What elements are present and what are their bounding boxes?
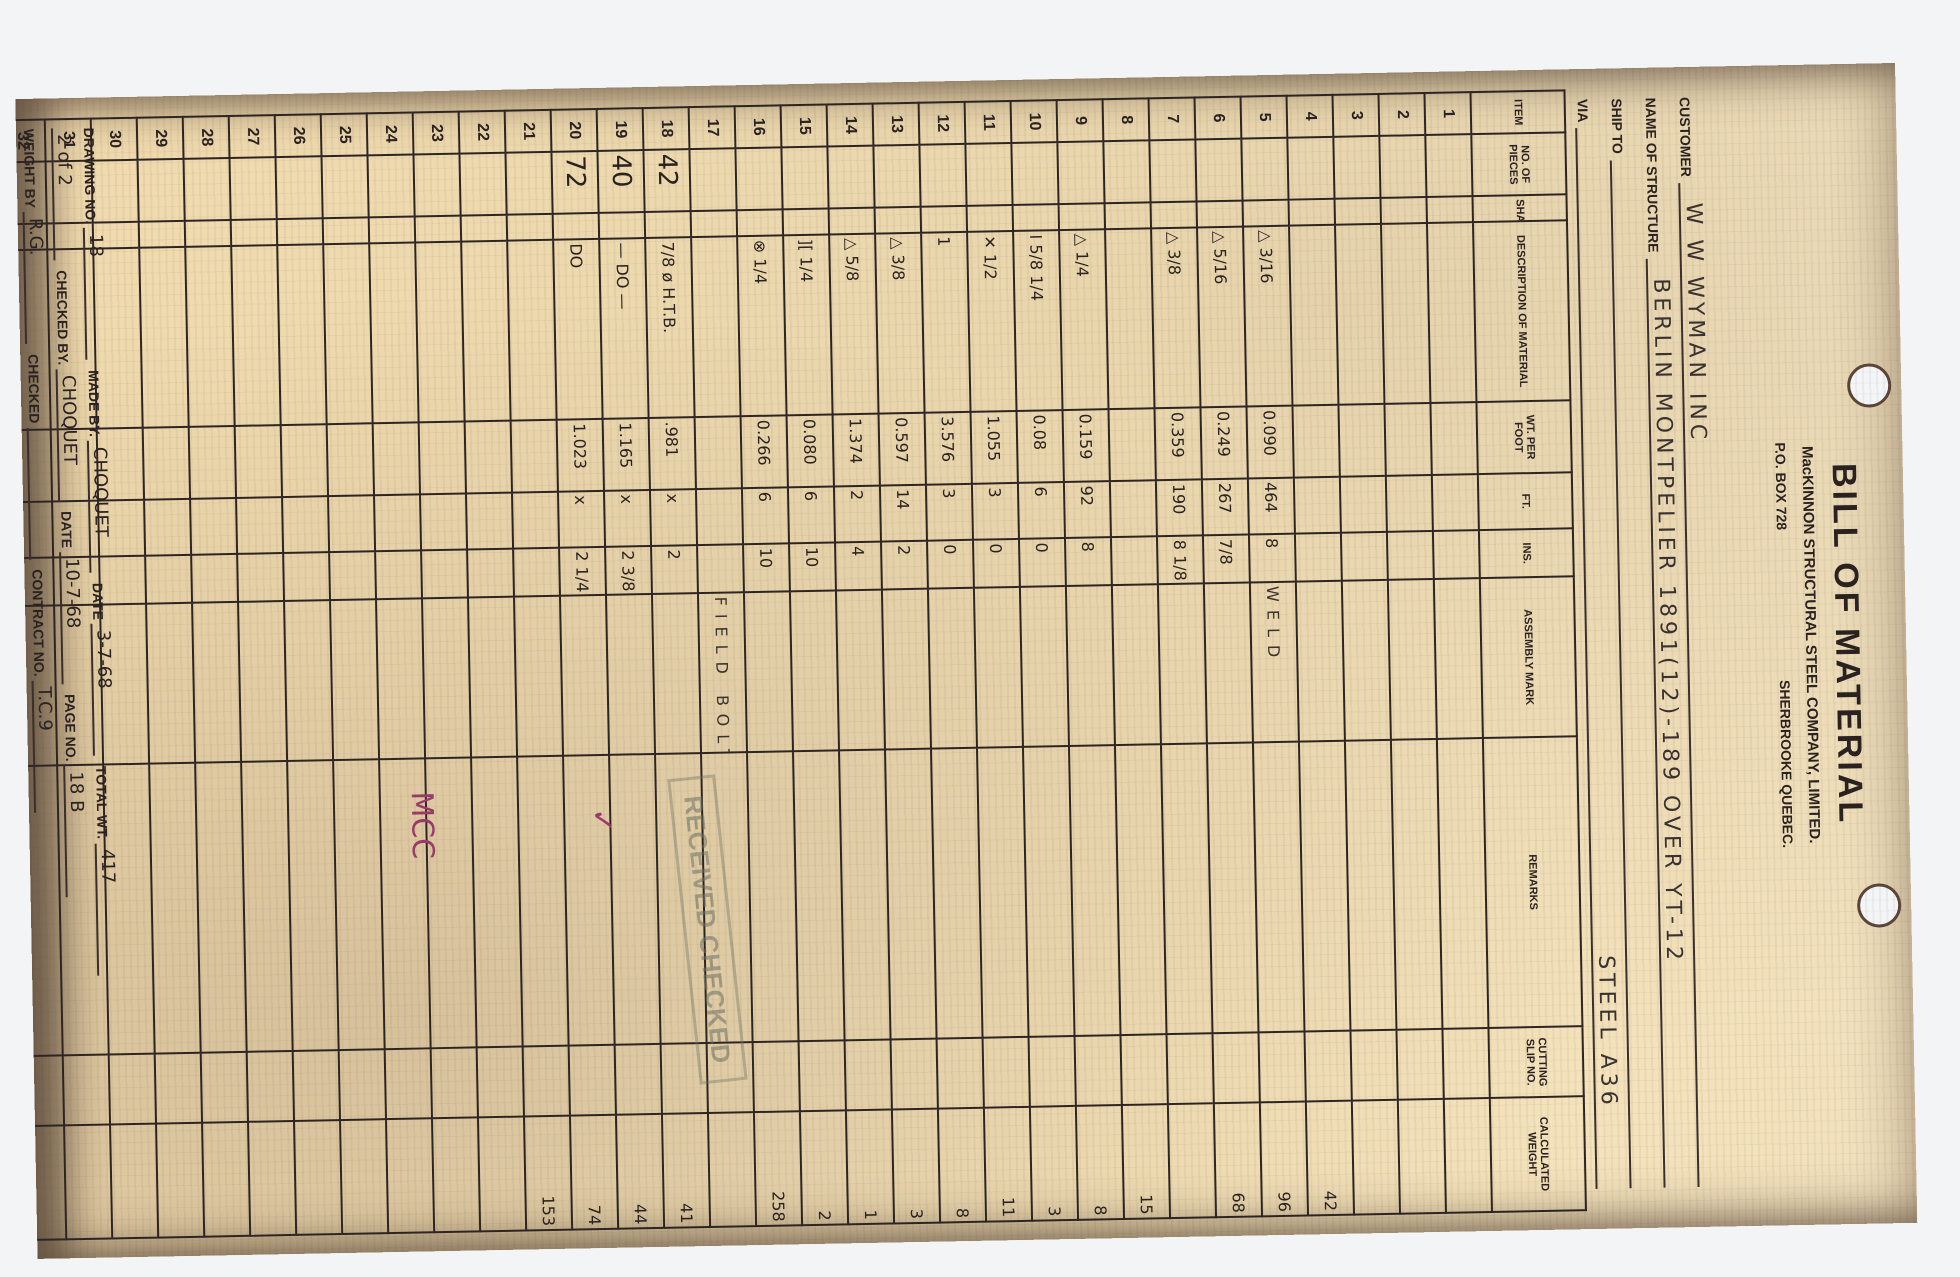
row-assembly-mark xyxy=(606,594,655,755)
row-calculated-weight xyxy=(708,1112,756,1227)
page-no-label: PAGE NO. xyxy=(62,694,79,762)
row-remarks xyxy=(1345,740,1397,1031)
row-item-number: 7 xyxy=(1149,97,1196,140)
row-remarks xyxy=(977,747,1029,1038)
row-length-ins: 0 xyxy=(973,539,1020,588)
row-length-ft: 267 xyxy=(1202,479,1249,536)
row-remarks xyxy=(609,754,661,1045)
row-description xyxy=(691,236,740,417)
row-length-ins: 4 xyxy=(835,542,882,591)
row-wt-per-foot: 3.576 xyxy=(925,412,972,485)
row-item-number: 16 xyxy=(735,105,782,148)
row-item-number: 9 xyxy=(1057,99,1104,142)
row-cutting-slip xyxy=(1442,1028,1489,1099)
row-item-number: 11 xyxy=(965,101,1012,144)
row-calculated-weight: 44 xyxy=(616,1114,664,1229)
row-shape xyxy=(1105,202,1151,229)
row-remarks xyxy=(1253,742,1305,1033)
scanned-page: BILL OF MATERIAL MacKINNON STRUCTURAL ST… xyxy=(10,55,1910,1255)
row-assembly-mark xyxy=(836,590,885,751)
row-calculated-weight xyxy=(202,1122,250,1237)
row-shape xyxy=(1426,196,1472,223)
row-shape xyxy=(231,219,277,246)
row-wt-per-foot xyxy=(143,427,190,500)
col-wt-per-foot: WT. PER FOOT xyxy=(1476,400,1571,474)
row-pieces xyxy=(1103,140,1150,203)
row-assembly-mark xyxy=(1158,583,1207,744)
row-pieces xyxy=(781,147,828,210)
row-wt-per-foot: 1.055 xyxy=(971,411,1018,484)
row-shape xyxy=(967,205,1013,232)
row-item-number: 23 xyxy=(413,112,460,155)
row-description: 1 xyxy=(921,232,970,413)
row-length-ft xyxy=(466,493,513,550)
row-pieces xyxy=(505,152,552,215)
row-wt-per-foot xyxy=(465,421,512,494)
page-no-value: 18 B xyxy=(63,765,89,897)
row-description xyxy=(185,246,234,427)
row-shape xyxy=(185,220,231,247)
row-item-number: 17 xyxy=(689,106,736,149)
row-calculated-weight: 2 xyxy=(800,1110,848,1225)
row-item-number: 27 xyxy=(229,115,276,158)
col-cutting-slip: CUTTING SLIP NO. xyxy=(1488,1026,1583,1098)
row-length-ins xyxy=(1295,533,1342,582)
row-length-ft xyxy=(1386,475,1433,532)
row-description xyxy=(1289,225,1338,406)
row-pieces: 40 xyxy=(597,150,644,213)
row-description xyxy=(231,245,280,426)
row-remarks xyxy=(793,750,845,1041)
row-length-ins: 2 xyxy=(651,545,698,594)
row-item-number: 21 xyxy=(505,110,552,153)
row-remarks xyxy=(333,759,385,1050)
row-length-ft xyxy=(374,494,421,551)
row-length-ins: 8 xyxy=(1249,534,1296,583)
row-pieces xyxy=(230,157,277,220)
row-remarks xyxy=(747,751,799,1042)
row-pieces xyxy=(1149,139,1196,202)
row-remarks xyxy=(1391,739,1443,1030)
row-length-ft xyxy=(420,494,467,551)
row-description: ⊗ 1/4 xyxy=(737,235,786,416)
row-length-ins xyxy=(1433,530,1480,579)
row-cutting-slip xyxy=(155,1053,202,1124)
row-remarks xyxy=(1161,743,1213,1034)
row-item-number: 19 xyxy=(597,108,644,151)
checked-date-label: DATE xyxy=(58,511,75,548)
row-assembly-mark xyxy=(330,599,379,760)
row-length-ins xyxy=(329,551,376,600)
row-cutting-slip xyxy=(983,1037,1030,1108)
checked-by-value: CHOQUET xyxy=(56,369,82,501)
row-pieces xyxy=(459,153,506,216)
row-length-ins: 0 xyxy=(927,540,974,589)
row-length-ins: 10 xyxy=(789,542,836,591)
row-calculated-weight: 42 xyxy=(1306,1101,1354,1216)
row-cutting-slip xyxy=(799,1040,846,1111)
row-cutting-slip xyxy=(891,1039,938,1110)
row-item-number: 26 xyxy=(275,114,322,157)
row-description: △ 3/16 xyxy=(1243,226,1292,407)
row-length-ft xyxy=(1432,474,1479,531)
row-pieces xyxy=(367,154,414,217)
row-description: — DO — xyxy=(599,238,648,419)
row-wt-per-foot xyxy=(189,426,236,499)
row-cutting-slip xyxy=(1396,1029,1443,1100)
row-cutting-slip xyxy=(523,1046,570,1117)
row-pieces xyxy=(321,155,368,218)
row-shape xyxy=(1151,201,1197,228)
row-assembly-mark xyxy=(1342,580,1391,741)
ship-to-label: SHIP TO xyxy=(1609,98,1626,154)
made-date-value: 3-7-68 xyxy=(90,624,116,756)
row-length-ft xyxy=(1294,477,1341,534)
row-length-ft: 6 xyxy=(742,487,789,544)
row-assembly-mark xyxy=(790,590,839,751)
row-description: △ 5/16 xyxy=(1197,227,1246,408)
weight-by-value: R.G. xyxy=(23,212,49,344)
row-cutting-slip xyxy=(1258,1032,1305,1103)
drawing-no-value: 18 xyxy=(83,228,109,360)
row-pieces: 42 xyxy=(643,149,690,212)
row-assembly-mark xyxy=(1204,582,1253,743)
row-item-number: 28 xyxy=(183,116,230,159)
row-calculated-weight xyxy=(340,1119,388,1234)
row-length-ins xyxy=(191,554,238,603)
row-wt-per-foot: 0.08 xyxy=(1017,410,1064,483)
row-assembly-mark xyxy=(376,598,425,759)
row-assembly-mark xyxy=(1020,586,1069,747)
row-description xyxy=(461,241,510,422)
row-shape xyxy=(921,206,967,233)
row-calculated-weight: 153 xyxy=(524,1116,572,1231)
row-pieces xyxy=(1195,139,1242,202)
row-description: △ 5/8 xyxy=(829,234,878,415)
row-cutting-slip xyxy=(1029,1036,1076,1107)
row-pieces xyxy=(735,147,782,210)
row-cutting-slip xyxy=(385,1048,432,1119)
col-shape: SHAPE xyxy=(1472,194,1566,222)
contract-no-label: CONTRACT NO. xyxy=(29,569,47,677)
row-length-ins xyxy=(145,555,192,604)
row-assembly-mark xyxy=(284,600,333,761)
row-item-number: 3 xyxy=(1333,94,1380,137)
row-description xyxy=(323,243,372,424)
col-remarks: REMARKS xyxy=(1483,736,1583,1028)
row-shape xyxy=(1380,197,1426,224)
row-pieces xyxy=(184,158,231,221)
row-length-ins xyxy=(1341,532,1388,581)
row-assembly-mark: WELD xyxy=(1250,582,1299,743)
row-length-ins: 2 1/4 xyxy=(559,547,606,596)
row-pieces xyxy=(1241,138,1288,201)
row-shape xyxy=(1059,203,1105,230)
row-description: △ 3/8 xyxy=(1151,227,1200,408)
row-shape xyxy=(1013,204,1059,231)
row-length-ft: 3 xyxy=(972,483,1019,540)
row-description: △ 1/4 xyxy=(1059,229,1108,410)
row-length-ft xyxy=(236,497,283,554)
row-pieces xyxy=(1057,141,1104,204)
row-cutting-slip xyxy=(569,1045,616,1116)
row-shape xyxy=(875,207,921,234)
table-body: 1234425△ 3/160.0904648WELD966△ 5/160.249… xyxy=(15,92,1492,1240)
row-shape xyxy=(415,216,461,243)
row-calculated-weight xyxy=(1168,1103,1216,1218)
row-item-number: 12 xyxy=(919,102,966,145)
row-description xyxy=(369,242,418,423)
row-length-ins xyxy=(421,550,468,599)
row-length-ins xyxy=(1111,536,1158,585)
row-remarks xyxy=(195,762,247,1053)
col-description: DESCRIPTION OF MATERIAL xyxy=(1473,220,1570,402)
row-calculated-weight: 3 xyxy=(892,1109,940,1224)
col-length-ins: INS. xyxy=(1479,528,1574,578)
row-wt-per-foot: 0.080 xyxy=(787,414,834,487)
row-item-number: 29 xyxy=(137,117,184,160)
row-assembly-mark xyxy=(974,587,1023,748)
row-length-ins xyxy=(1387,531,1434,580)
row-assembly-mark xyxy=(1296,581,1345,742)
row-description xyxy=(507,240,556,421)
row-wt-per-foot: 1.165 xyxy=(603,418,650,491)
row-description: ][ 1/4 xyxy=(783,234,832,415)
row-pieces xyxy=(1379,135,1426,198)
row-wt-per-foot xyxy=(1430,402,1477,475)
row-calculated-weight: 74 xyxy=(570,1115,618,1230)
row-length-ins xyxy=(283,552,330,601)
row-remarks xyxy=(563,755,615,1046)
row-description: 7/8 ø H.T.B. xyxy=(645,237,694,418)
row-length-ft xyxy=(282,496,329,553)
row-shape xyxy=(1197,201,1243,228)
row-length-ins xyxy=(467,549,514,598)
row-assembly-mark xyxy=(422,597,471,758)
row-remarks xyxy=(1023,746,1075,1037)
row-length-ft: 464 xyxy=(1248,478,1295,535)
row-pieces xyxy=(1333,136,1380,199)
col-assembly-mark: ASSEMBLY MARK xyxy=(1480,576,1577,738)
row-wt-per-foot xyxy=(1384,403,1431,476)
row-cutting-slip xyxy=(201,1052,248,1123)
row-wt-per-foot xyxy=(511,420,558,493)
row-assembly-mark xyxy=(882,589,931,750)
row-calculated-weight: 15 xyxy=(1122,1104,1170,1219)
initials: MCC xyxy=(404,791,440,859)
row-wt-per-foot xyxy=(373,422,420,495)
row-length-ins: 7/8 xyxy=(1203,534,1250,583)
row-assembly-mark: FIELD BOLTS xyxy=(698,592,747,753)
row-remarks xyxy=(839,750,891,1041)
material-table: ITEM NO. OF PIECES SHAPE DESCRIPTION OF … xyxy=(15,89,1587,1241)
row-length-ft xyxy=(1340,476,1387,533)
row-wt-per-foot xyxy=(1338,404,1385,477)
row-item-number: 20 xyxy=(551,109,598,152)
row-calculated-weight xyxy=(432,1117,480,1232)
row-calculated-weight: 1 xyxy=(846,1109,894,1224)
row-wt-per-foot: .981 xyxy=(649,417,696,490)
row-assembly-mark xyxy=(560,595,609,756)
row-item-number: 22 xyxy=(459,111,506,154)
row-shape xyxy=(461,215,507,242)
row-description: I 5/8 1/4 xyxy=(1013,230,1062,411)
row-cutting-slip xyxy=(1350,1030,1397,1101)
row-assembly-mark xyxy=(1112,584,1161,745)
row-length-ins: 8 xyxy=(1065,537,1112,586)
col-item: ITEM xyxy=(1470,90,1565,134)
row-shape xyxy=(323,217,369,244)
row-pieces xyxy=(873,145,920,208)
row-length-ft: 6 xyxy=(1018,482,1065,539)
row-shape xyxy=(829,208,875,235)
row-wt-per-foot xyxy=(695,416,742,489)
row-length-ins xyxy=(513,548,560,597)
drawing-sheet: 2 of 2 xyxy=(51,128,77,260)
row-assembly-mark xyxy=(238,601,287,762)
row-shape xyxy=(599,212,645,239)
row-calculated-weight xyxy=(248,1121,296,1236)
row-wt-per-foot: 0.597 xyxy=(879,413,926,486)
row-item-number: 15 xyxy=(781,105,828,148)
row-shape xyxy=(783,208,829,235)
row-assembly-mark xyxy=(146,603,195,764)
row-assembly-mark xyxy=(1066,585,1115,746)
row-description xyxy=(139,247,188,428)
city: SHERBROOKE QUEBEC. xyxy=(1777,680,1796,848)
row-length-ins xyxy=(697,544,744,593)
row-calculated-weight xyxy=(478,1117,526,1232)
row-calculated-weight: 68 xyxy=(1214,1102,1262,1217)
row-calculated-weight xyxy=(386,1118,434,1233)
row-cutting-slip xyxy=(1213,1032,1260,1103)
row-calculated-weight: 96 xyxy=(1260,1102,1308,1217)
row-remarks xyxy=(1299,741,1351,1032)
row-item-number: 6 xyxy=(1195,97,1242,140)
row-cutting-slip xyxy=(845,1039,892,1110)
header-fields: CUSTOMER W W WYMAN INC NAME OF STRUCTURE… xyxy=(1575,97,1732,1189)
row-pieces xyxy=(138,159,185,222)
row-length-ft xyxy=(144,499,191,556)
row-assembly-mark xyxy=(514,596,563,757)
row-shape xyxy=(1243,200,1289,227)
row-length-ins: 0 xyxy=(1019,538,1066,587)
row-calculated-weight: 3 xyxy=(1030,1106,1078,1221)
row-pieces xyxy=(413,154,460,217)
checked-label: CHECKED xyxy=(25,354,42,424)
row-calculated-weight xyxy=(156,1123,204,1238)
row-pieces xyxy=(1425,134,1472,197)
row-pieces xyxy=(1287,137,1334,200)
row-remarks xyxy=(1069,745,1121,1036)
row-shape xyxy=(737,209,783,236)
row-assembly-mark xyxy=(192,602,241,763)
row-wt-per-foot xyxy=(1292,405,1339,478)
row-item-number: 13 xyxy=(873,103,920,146)
check-mark: ✓ xyxy=(584,808,619,834)
row-description xyxy=(1335,224,1384,405)
row-length-ft: 2 xyxy=(834,486,881,543)
row-wt-per-foot xyxy=(281,424,328,497)
row-wt-per-foot: 1.023 xyxy=(557,419,604,492)
row-calculated-weight: 8 xyxy=(938,1108,986,1223)
col-pieces: NO. OF PIECES xyxy=(1471,132,1566,196)
bill-of-material-form: BILL OF MATERIAL MacKINNON STRUCTURAL ST… xyxy=(15,63,1917,1259)
row-length-ft: 14 xyxy=(880,485,927,542)
row-length-ins: 2 xyxy=(881,541,928,590)
row-cutting-slip xyxy=(293,1050,340,1121)
row-calculated-weight: 41 xyxy=(662,1113,710,1228)
row-remarks xyxy=(287,760,339,1051)
checked-by-label: CHECKED BY. xyxy=(54,270,72,365)
row-remarks xyxy=(1437,738,1489,1029)
row-wt-per-foot xyxy=(235,425,282,498)
row-shape xyxy=(691,210,737,237)
row-item-number: 25 xyxy=(321,113,368,156)
row-assembly-mark xyxy=(468,597,517,758)
row-cutting-slip xyxy=(431,1047,478,1118)
po-box: P.O. BOX 728 xyxy=(1772,442,1790,530)
row-item-number: 4 xyxy=(1287,95,1334,138)
row-shape xyxy=(553,213,599,240)
row-length-ins: 8 1/8 xyxy=(1157,535,1204,584)
row-cutting-slip xyxy=(1121,1034,1168,1105)
row-description xyxy=(415,242,464,423)
checked-date-value: 10-7-68 xyxy=(59,552,85,684)
row-length-ins: 2 3/8 xyxy=(605,546,652,595)
row-length-ft xyxy=(1110,480,1157,537)
row-pieces: 72 xyxy=(551,151,598,214)
row-item-number: 8 xyxy=(1103,98,1150,141)
row-pieces xyxy=(276,156,323,219)
row-assembly-mark xyxy=(1388,579,1437,740)
made-date-label: DATE xyxy=(90,583,107,620)
row-cutting-slip xyxy=(339,1049,386,1120)
row-cutting-slip xyxy=(937,1038,984,1109)
row-calculated-weight xyxy=(1398,1099,1446,1214)
row-cutting-slip xyxy=(615,1044,662,1115)
drawing-no-label: DRAWING NO. xyxy=(81,128,99,225)
row-length-ft: 92 xyxy=(1064,481,1111,538)
row-pieces xyxy=(965,143,1012,206)
row-wt-per-foot xyxy=(327,423,374,496)
row-assembly-mark xyxy=(928,588,977,749)
row-length-ft xyxy=(512,492,559,549)
row-cutting-slip xyxy=(1304,1031,1351,1102)
made-by-value: CHOQUET xyxy=(87,441,113,573)
contract-no-value: T.C.9 xyxy=(32,680,58,812)
row-cutting-slip xyxy=(247,1051,294,1122)
row-item-number: 5 xyxy=(1241,96,1288,139)
row-length-ft: x xyxy=(558,491,605,548)
row-assembly-mark xyxy=(652,593,701,754)
total-wt-label: TOTAL WT. xyxy=(93,766,110,839)
row-shape xyxy=(369,216,415,243)
row-remarks xyxy=(471,757,523,1048)
row-pieces xyxy=(919,144,966,207)
row-length-ft: 190 xyxy=(1156,479,1203,536)
row-length-ft: x xyxy=(650,489,697,546)
row-shape xyxy=(1335,198,1381,225)
row-remarks xyxy=(517,756,569,1047)
row-pieces xyxy=(1011,142,1058,205)
row-item-number: 24 xyxy=(367,112,414,155)
row-remarks xyxy=(931,748,983,1039)
row-description xyxy=(1381,223,1430,404)
row-length-ins xyxy=(237,553,284,602)
weight-by-label: WEIGHT BY xyxy=(21,129,39,209)
form-header: BILL OF MATERIAL MacKINNON STRUCTURAL ST… xyxy=(1765,64,1877,1226)
